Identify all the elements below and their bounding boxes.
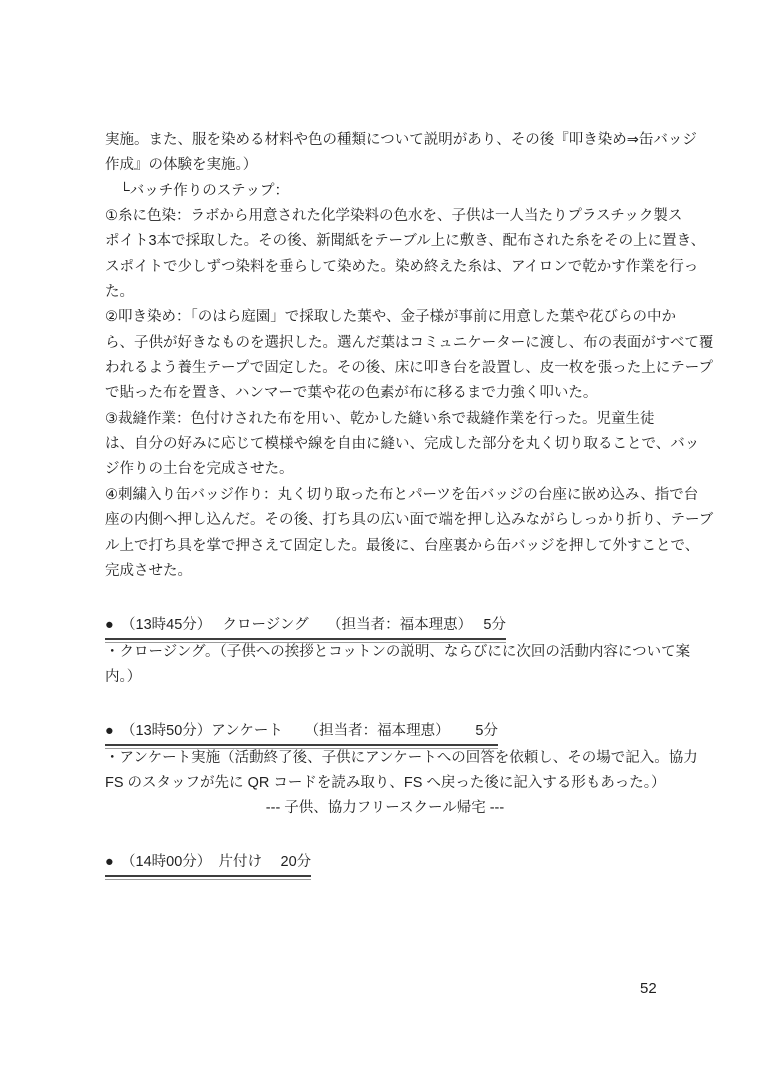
text-line-step4: ④刺繍入り缶バッジ作り：丸く切り取った布とパーツを缶バッジの台座に嵌め込み、指で…: [105, 483, 665, 508]
schedule-heading-closing-row: ● （13時45分） クロージング （担当者：福本理恵） 5分: [105, 610, 665, 640]
document-page: 実施。また、服を染める材料や色の種類について説明があり、その後『叩き染め⇒缶バッ…: [0, 0, 768, 1087]
text-line-step1: ①糸に色染：ラボから用意された化学染料の色水を、子供は一人当たりプラスチック製ス: [105, 204, 665, 229]
text-line: ポイト3本で採取した。その後、新聞紙をテーブル上に敷き、配布された糸をその上に置…: [105, 229, 665, 254]
text-line-substep-label: └バッチ作りのステップ：: [105, 179, 665, 204]
text-line: ル上で打ち具を掌で押さえて固定した。最後に、台座裏から缶バッジを押して外すことで…: [105, 534, 665, 559]
survey-note-line: ・アンケート実施（活動終了後、子供にアンケートへの回答を依頼し、その場で記入。協…: [105, 746, 665, 771]
departure-note: --- 子供、協力フリースクール帰宅 ---: [105, 796, 665, 821]
text-line: 座の内側へ押し込んだ。その後、打ち具の広い面で端を押し込みながらしっかり折り、テ…: [105, 508, 665, 533]
text-line: 実施。また、服を染める材料や色の種類について説明があり、その後『叩き染め⇒缶バッ…: [105, 128, 665, 153]
text-line: で貼った布を置き、ハンマーで葉や花の色素が布に移るまで力強く叩いた。: [105, 381, 665, 406]
closing-note-line: 内。）: [105, 665, 665, 690]
text-line: 完成させた。: [105, 559, 665, 584]
text-line: われるよう養生テープで固定した。その後、床に叩き台を設置し、皮一枚を張った上にテ…: [105, 356, 665, 381]
document-content: 実施。また、服を染める材料や色の種類について説明があり、その後『叩き染め⇒缶バッ…: [105, 128, 665, 877]
closing-note-line: ・クロージング。（子供への挨拶とコットンの説明、ならびにに次回の活動内容について…: [105, 640, 665, 665]
text-line: は、自分の好みに応じて模様や線を自由に縫い、完成した部分を丸く切り取ることで、バ…: [105, 432, 665, 457]
text-line: ジ作りの土台を完成させた。: [105, 457, 665, 482]
text-line: スポイトで少しずつ染料を垂らして染めた。染め終えた糸は、アイロンで乾かす作業を行…: [105, 255, 665, 280]
schedule-heading-cleanup: ● （14時00分） 片付け 20分: [105, 852, 311, 877]
schedule-heading-closing: ● （13時45分） クロージング （担当者：福本理恵） 5分: [105, 615, 506, 640]
text-line: た。: [105, 280, 665, 305]
blank-line: [105, 822, 665, 847]
schedule-heading-survey-row: ● （13時50分）アンケート （担当者：福本理恵） 5分: [105, 716, 665, 746]
text-line-step3: ③裁縫作業：色付けされた布を用い、乾かした縫い糸で裁縫作業を行った。児童生徒: [105, 407, 665, 432]
blank-line: [105, 690, 665, 715]
survey-note-line: FS のスタッフが先に QR コードを読み取り、FS へ戻った後に記入する形もあ…: [105, 771, 665, 796]
text-line: ら、子供が好きなものを選択した。選んだ葉はコミュニケーターに渡し、布の表面がすべ…: [105, 331, 665, 356]
text-line-step2: ②叩き染め：「のはら庭園」で採取した葉や、金子様が事前に用意した葉や花びらの中か: [105, 305, 665, 330]
schedule-heading-survey: ● （13時50分）アンケート （担当者：福本理恵） 5分: [105, 721, 498, 746]
page-number: 52: [640, 980, 657, 997]
blank-line: [105, 584, 665, 609]
text-line: 作成』の体験を実施。）: [105, 153, 665, 178]
schedule-heading-cleanup-row: ● （14時00分） 片付け 20分: [105, 847, 665, 877]
